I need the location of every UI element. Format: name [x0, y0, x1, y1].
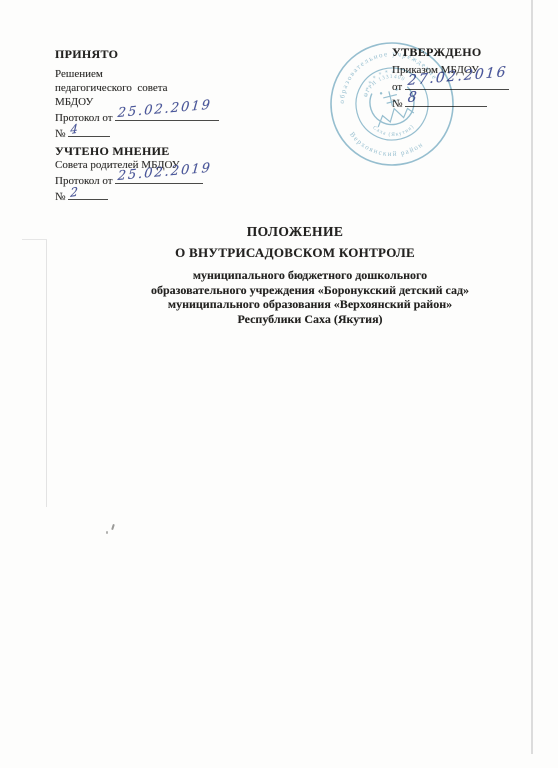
- organization-line: муниципального образования «Верхоянский …: [60, 297, 558, 312]
- accepted-protocol-line: Протокол от 25.02.2019: [55, 109, 219, 125]
- accepted-number-line: № 4: [55, 125, 219, 141]
- accepted-block: ПРИНЯТО Решением педагогического совета …: [55, 47, 219, 141]
- ink-speckle: [106, 531, 108, 534]
- opinion-title: УЧТЕНО МНЕНИЕ: [55, 144, 203, 158]
- scan-ghost-vertical-line: [46, 240, 47, 507]
- organization-line: образовательного учреждения «Боронукский…: [60, 283, 558, 298]
- organization-block: муниципального бюджетного дошкольного об…: [60, 268, 558, 326]
- official-seal-stamp: образовательное учреждение Верхоянский р…: [327, 39, 457, 169]
- opinion-number-line: № 2: [55, 188, 203, 204]
- document-subtitle: О ВНУТРИСАДОВСКОМ КОНТРОЛЕ: [40, 245, 550, 261]
- stamp-center-emblem: [367, 84, 418, 129]
- accepted-line: педагогического совета: [55, 81, 219, 95]
- handwritten-number: 2: [70, 184, 79, 200]
- signature-line: 2: [68, 188, 108, 200]
- signature-line: 4: [68, 125, 110, 137]
- number-label: №: [55, 191, 66, 203]
- organization-line: муниципального бюджетного дошкольного: [60, 268, 558, 283]
- signature-line: 25.02.2019: [115, 109, 219, 121]
- protocol-label: Протокол от: [55, 175, 113, 187]
- number-label: №: [55, 128, 66, 140]
- document-title: ПОЛОЖЕНИЕ: [40, 224, 550, 240]
- scan-right-edge-line: [531, 0, 533, 754]
- accepted-title: ПРИНЯТО: [55, 47, 219, 61]
- handwritten-number: 4: [70, 121, 79, 137]
- signature-line: 25.02.2019: [115, 172, 203, 184]
- scanned-document-page: ПРИНЯТО Решением педагогического совета …: [0, 0, 558, 768]
- organization-line: Республики Саха (Якутия): [60, 312, 558, 327]
- protocol-label: Протокол от: [55, 112, 113, 124]
- ink-speckle: [111, 524, 115, 530]
- accepted-line: Решением: [55, 67, 219, 81]
- opinion-block: УЧТЕНО МНЕНИЕ Совета родителей МБДОУ Про…: [55, 144, 203, 204]
